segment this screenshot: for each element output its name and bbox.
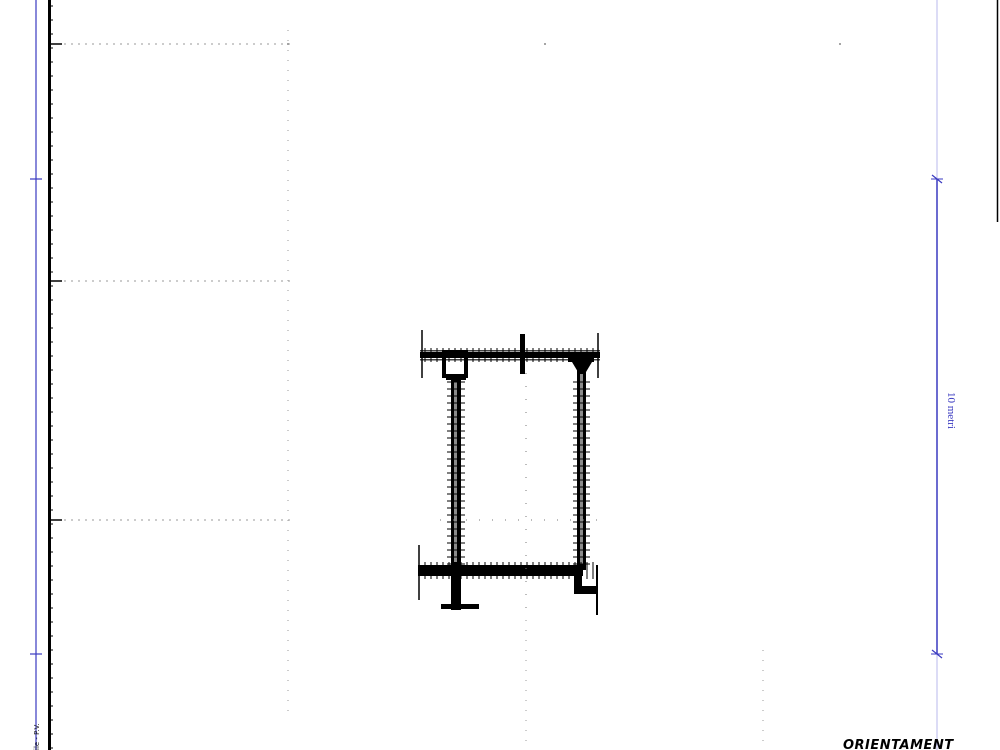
left-frame — [30, 0, 53, 750]
orientation-label: ORIENTAMENT — [843, 738, 954, 750]
scale-bar-label: 10 metri — [944, 392, 958, 452]
dotted-grid — [50, 30, 841, 750]
building-plan — [418, 330, 600, 615]
side-margin-label: ile - P.V. — [32, 700, 54, 750]
scale-bar — [931, 0, 943, 750]
floor-plan-drawing — [0, 0, 1000, 750]
